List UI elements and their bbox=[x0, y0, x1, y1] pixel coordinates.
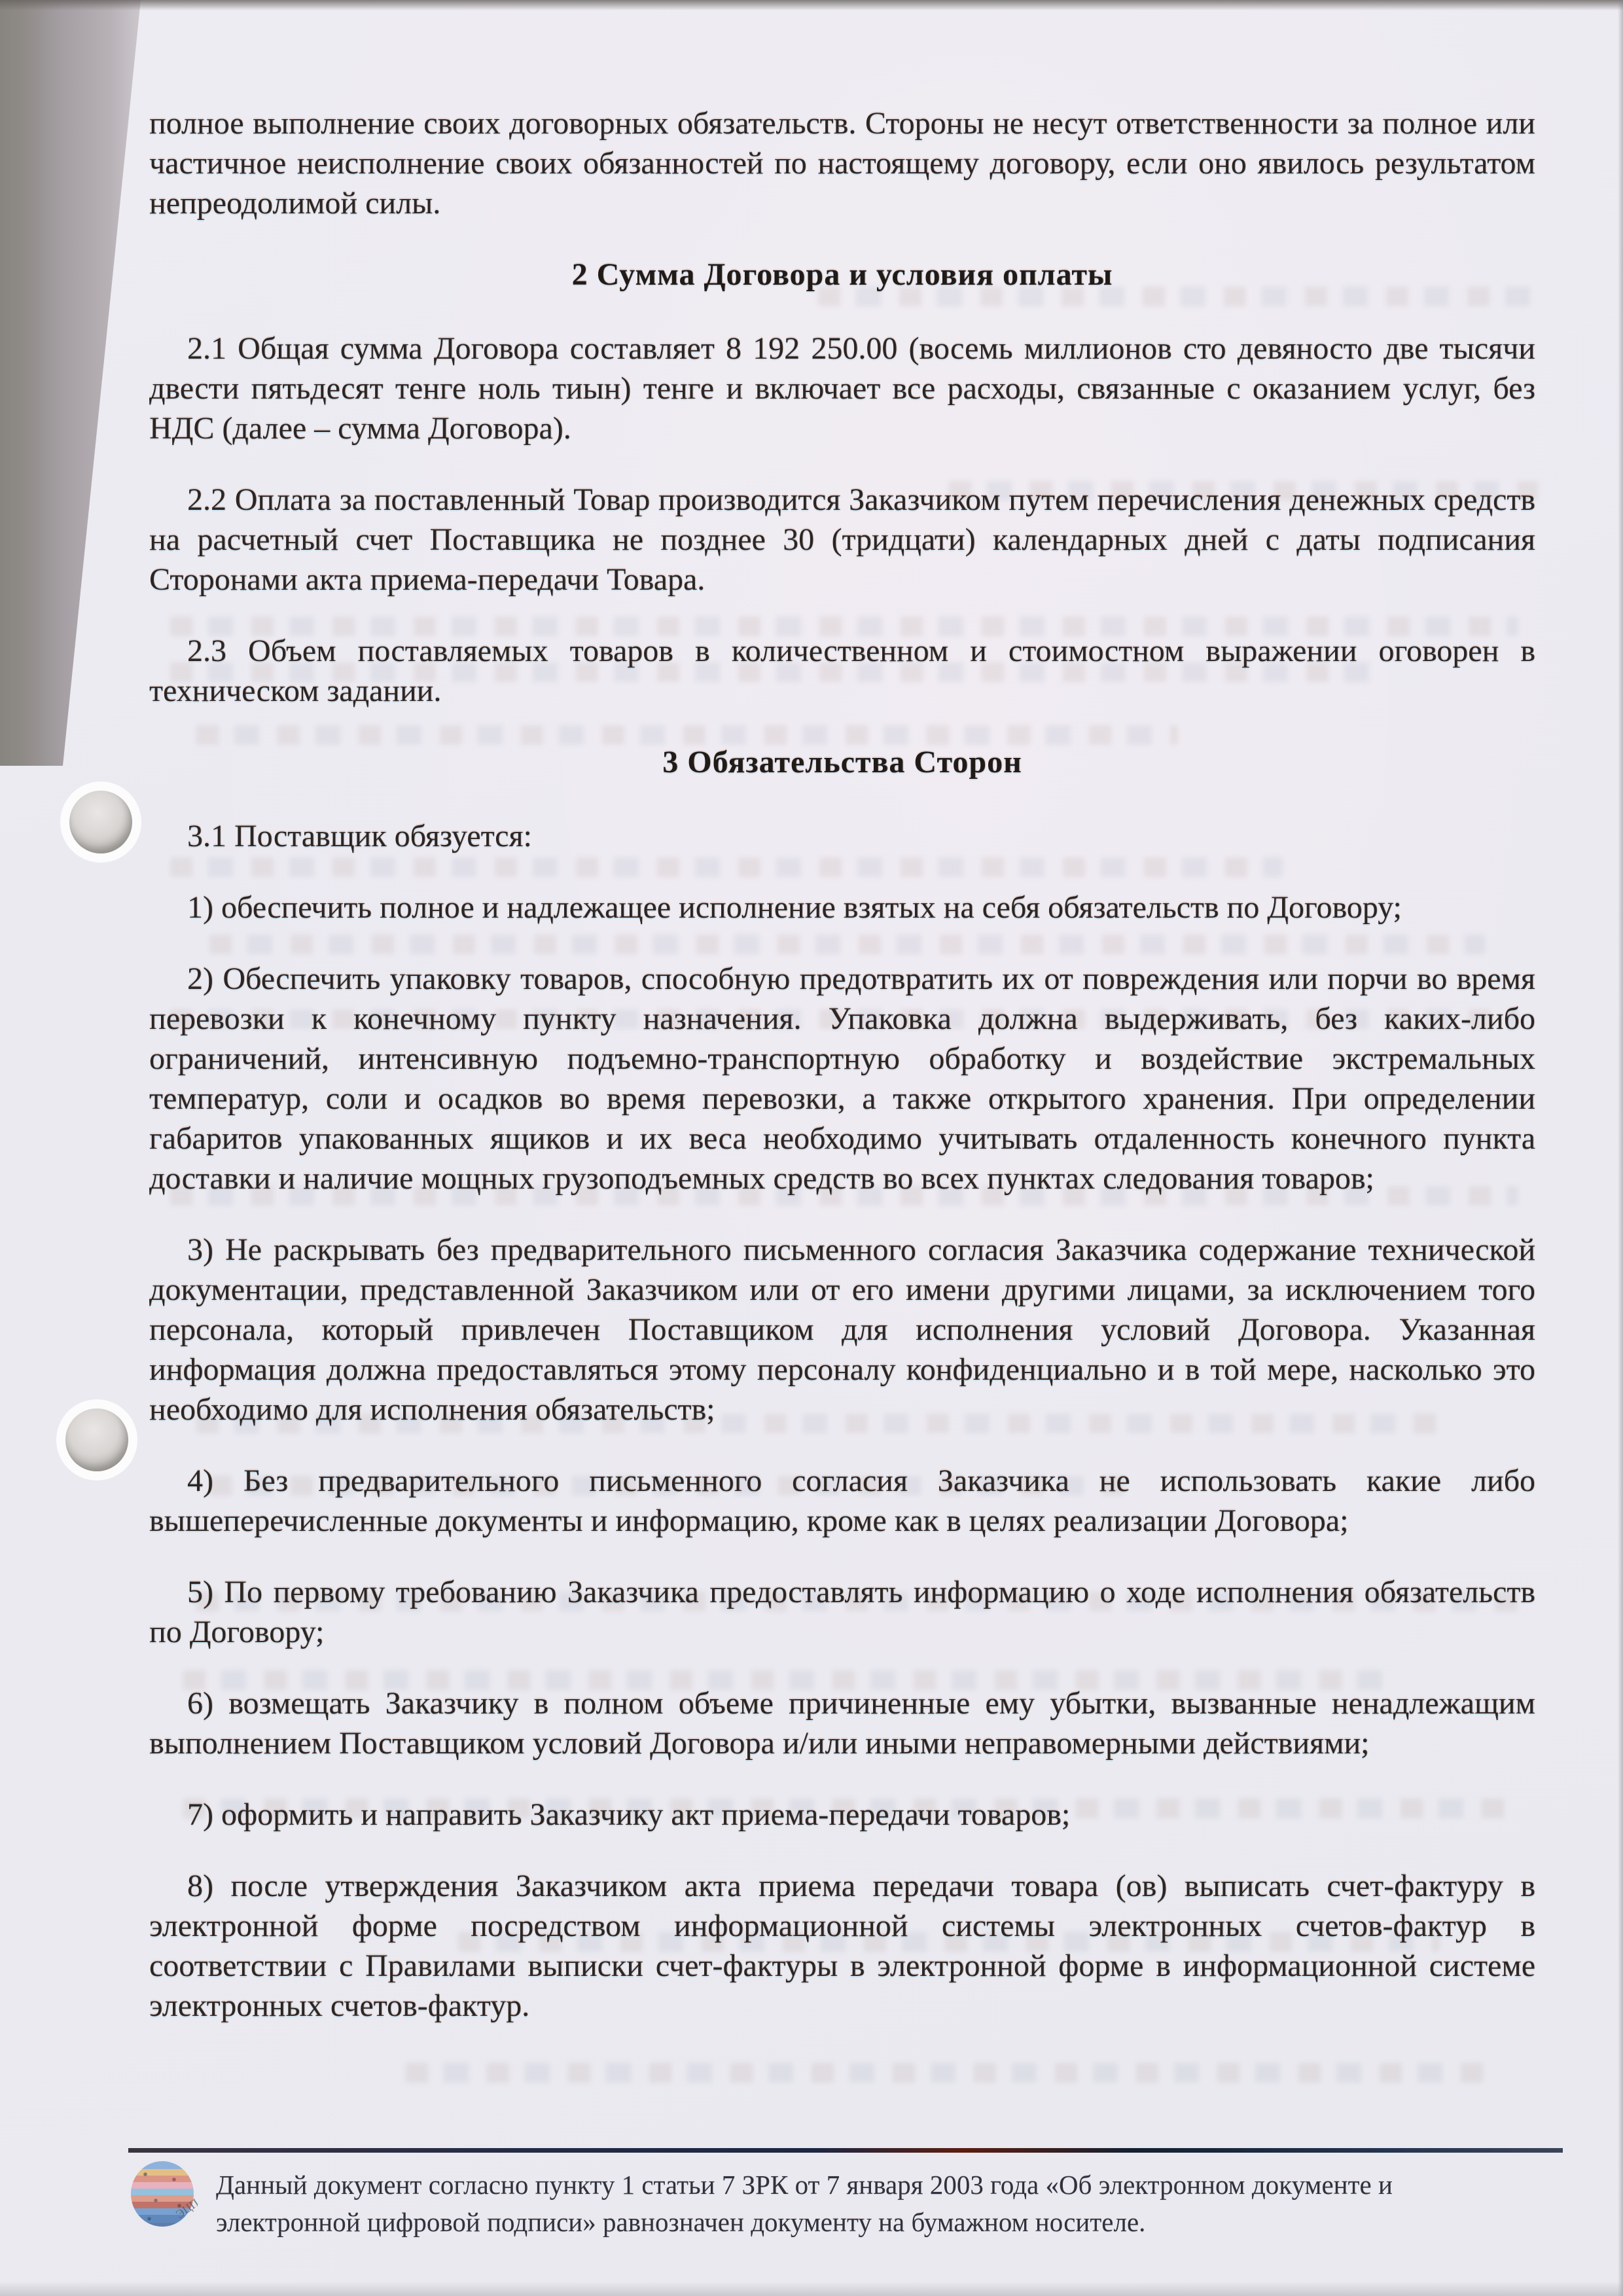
hole-punch bbox=[65, 1408, 128, 1471]
section-3-heading: 3 Обязательства Сторон bbox=[149, 742, 1535, 782]
document-body: полное выполнение своих договорных обяза… bbox=[149, 103, 1535, 2057]
section-2-heading: 2 Сумма Договора и условия оплаты bbox=[149, 255, 1535, 295]
scan-right-edge bbox=[1618, 0, 1623, 2296]
hole-punch bbox=[69, 791, 132, 853]
obligation-item-7: 7) оформить и направить Заказчику акт пр… bbox=[149, 1795, 1535, 1835]
footer: ЭЦП Данный документ согласно пункту 1 ст… bbox=[130, 2161, 1537, 2241]
clause-3-1: 3.1 Поставщик обязуется: bbox=[149, 816, 1535, 856]
obligation-item-5: 5) По первому требованию Заказчика предо… bbox=[149, 1572, 1535, 1652]
scanned-contract-page: полное выполнение своих договорных обяза… bbox=[0, 0, 1623, 2296]
scanner-edge-shadow bbox=[0, 0, 157, 766]
obligation-item-8: 8) после утверждения Заказчиком акта при… bbox=[149, 1866, 1535, 2026]
scan-bottom-edge bbox=[0, 2282, 1623, 2296]
obligation-item-1: 1) обеспечить полное и надлежащее исполн… bbox=[149, 888, 1535, 927]
obligation-item-3: 3) Не раскрывать без предварительного пи… bbox=[149, 1230, 1535, 1429]
clause-2-2: 2.2 Оплата за поставленный Товар произво… bbox=[149, 480, 1535, 600]
footer-note: Данный документ согласно пункту 1 статьи… bbox=[216, 2161, 1446, 2241]
intro-paragraph: полное выполнение своих договорных обяза… bbox=[149, 103, 1535, 223]
obligation-item-6: 6) возмещать Заказчику в полном объеме п… bbox=[149, 1683, 1535, 1763]
clause-2-3: 2.3 Объем поставляемых товаров в количес… bbox=[149, 631, 1535, 711]
scan-top-edge bbox=[0, 0, 1623, 10]
clause-2-1: 2.1 Общая сумма Договора составляет 8 19… bbox=[149, 329, 1535, 448]
digital-signature-stamp-icon: ЭЦП bbox=[130, 2161, 198, 2232]
bleed-through-artifact bbox=[406, 2063, 1492, 2083]
footer-divider bbox=[128, 2148, 1563, 2153]
obligation-item-2: 2) Обеспечить упаковку товаров, способну… bbox=[149, 959, 1535, 1198]
obligation-item-4: 4) Без предварительного письменного согл… bbox=[149, 1461, 1535, 1541]
